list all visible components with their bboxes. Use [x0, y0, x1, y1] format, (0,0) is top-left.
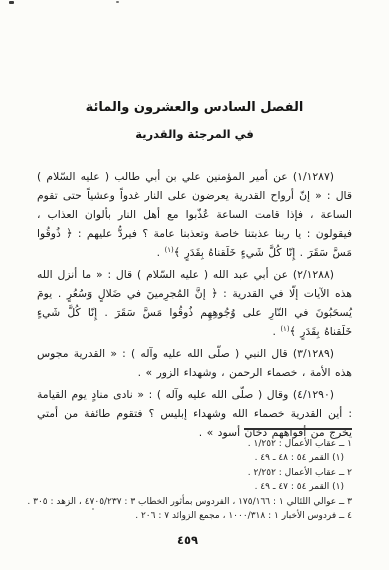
chapter-heading: الفصل السادس والعشرون والمائة في المرجئة… [0, 99, 389, 142]
hadith-paragraph-1: (١/١٢٨٧) عن أمير المؤمنين علي بن أبي طال… [37, 167, 352, 262]
hadith-text: (١/١٢٨٧) عن أمير المؤمنين علي بن أبي طال… [37, 170, 352, 259]
footnote-2: ٢ ــ عقاب الأعمال : ٢/٢٥٢ . [14, 466, 352, 480]
page-number: ٤٥٩ [0, 533, 375, 547]
hadith-paragraph-4: (٤/١٢٩٠) وقال ( صلّى الله عليه وآله ) : … [37, 385, 352, 442]
footnotes-block: ١ ــ عقاب الأعمال : ١/٢٥٢ . (١) القمر ٥٤… [14, 437, 352, 523]
scan-speck [116, 1, 119, 3]
chapter-title: الفصل السادس والعشرون والمائة [0, 99, 389, 117]
hadith-text: (٣/١٢٨٩) قال النبي ( صلّى الله عليه وآله… [37, 347, 352, 379]
footnote-1: ١ ــ عقاب الأعمال : ١/٢٥٢ . [14, 437, 352, 451]
hadith-tail: . [157, 246, 165, 259]
verse-footnote-marker: (١) [280, 325, 289, 333]
chapter-subtitle: في المرجئة والقدرية [0, 126, 389, 142]
hadith-body: (١/١٢٨٧) عن أمير المؤمنين علي بن أبي طال… [37, 167, 352, 445]
footnote-4: ٤ ــ فردوس الأخبار ١ : ١٠٠٠/٣١٨ ، مجمع ا… [14, 509, 352, 523]
footnote-quran-ref-2: (١) القمر ٥٤ : ٤٧ ـ ٤٩ . [14, 480, 352, 494]
hadith-paragraph-3: (٣/١٢٨٩) قال النبي ( صلّى الله عليه وآله… [37, 344, 352, 382]
hadith-paragraph-2: (٢/١٢٨٨) عن أبي عبد الله ( عليه السّلام … [37, 265, 352, 341]
hadith-text: (٤/١٢٩٠) وقال ( صلّى الله عليه وآله ) : … [37, 388, 352, 439]
footnote-quran-ref-1: (١) القمر ٥٤ : ٤٨ ـ ٤٩ . [14, 451, 352, 465]
hadith-text: (٢/١٢٨٨) عن أبي عبد الله ( عليه السّلام … [37, 268, 352, 338]
verse-footnote-marker: (١) [165, 246, 174, 254]
footnote-3: ٣ ــ عوالي اللئالي ١ : ١٧٥/١٦٦ ، الفردوس… [14, 495, 352, 509]
footnote-separator [244, 428, 352, 430]
book-page: الفصل السادس والعشرون والمائة في المرجئة… [0, 0, 389, 570]
scan-speck [92, 508, 94, 510]
scan-speck [9, 1, 14, 4]
